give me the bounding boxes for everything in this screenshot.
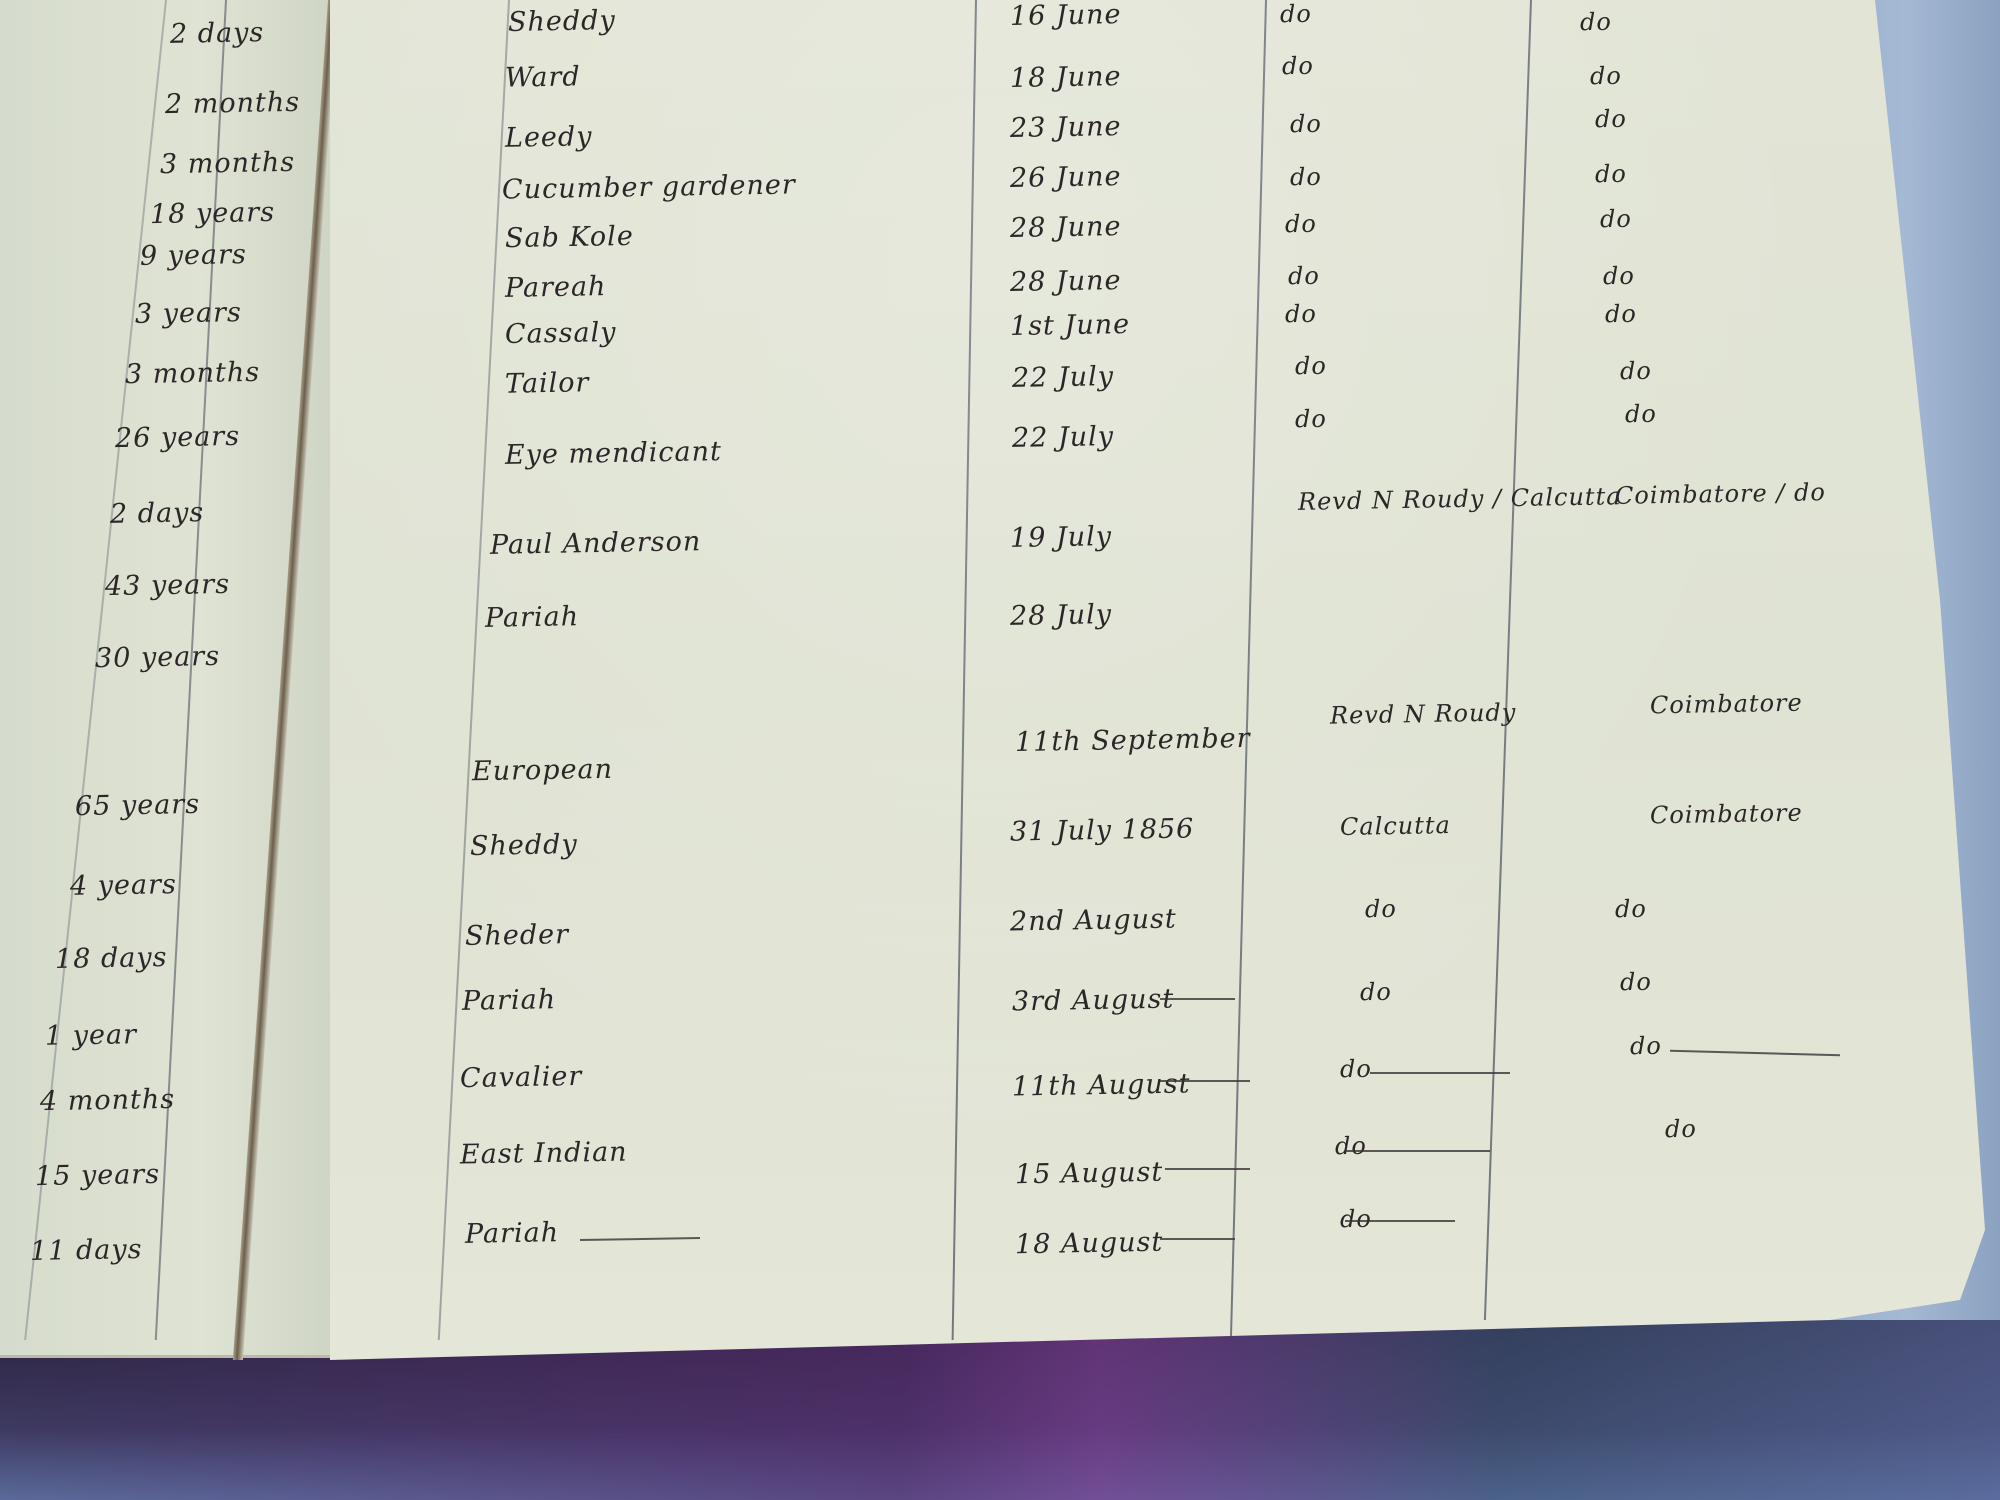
remarks-cell: do <box>1603 262 1635 291</box>
age-entry: 1 year <box>45 1019 138 1052</box>
age-entry: 30 years <box>95 641 221 674</box>
name-cell: Pariah <box>465 1217 560 1250</box>
name-cell: European <box>472 754 614 787</box>
name-cell: Pariah <box>485 601 580 634</box>
remarks-cell: do <box>1595 160 1627 189</box>
place-cell: do <box>1295 352 1327 381</box>
date-cell: 1st June <box>1010 309 1131 342</box>
date-cell: 11th August <box>1012 1068 1191 1102</box>
place-cell: do <box>1280 0 1312 28</box>
age-entry: 2 months <box>165 87 301 120</box>
place-cell: Revd N Roudy <box>1330 698 1517 729</box>
name-cell: Sab Kole <box>505 221 634 254</box>
place-cell: do <box>1340 1055 1372 1084</box>
remarks-cell: Coimbatore / do <box>1615 478 1826 510</box>
age-entry: 3 years <box>135 297 242 330</box>
date-cell: 26 June <box>1010 161 1122 194</box>
date-cell: 22 July <box>1012 361 1115 394</box>
age-entry: 4 years <box>70 869 177 902</box>
ditto-dash <box>1165 1168 1250 1170</box>
ditto-dash <box>1370 1072 1510 1074</box>
remarks-cell: do <box>1620 357 1652 386</box>
name-cell: Ward <box>505 61 581 93</box>
ditto-dash <box>1160 998 1235 1000</box>
place-column-rule <box>1230 0 1267 1340</box>
age-entry: 18 days <box>55 942 168 975</box>
ditto-dash <box>1345 1150 1490 1152</box>
remarks-cell: do <box>1580 8 1612 37</box>
remarks-column-rule <box>1484 0 1532 1320</box>
age-entry: 43 years <box>105 569 231 602</box>
name-cell: Sheddy <box>508 5 616 38</box>
age-entry: 3 months <box>125 357 261 390</box>
remarks-cell: do <box>1590 62 1622 91</box>
name-cell: Pareah <box>505 271 607 304</box>
name-cell: Cucumber gardener <box>502 169 796 205</box>
remarks-cell: do <box>1625 400 1657 429</box>
name-cell: Pariah <box>462 984 557 1017</box>
date-cell: 28 June <box>1010 211 1122 244</box>
age-entry: 18 years <box>150 197 276 230</box>
place-cell: do <box>1288 262 1320 291</box>
date-column-rule <box>952 0 977 1340</box>
date-cell: 18 June <box>1010 61 1122 94</box>
remarks-cell: do <box>1630 1032 1662 1061</box>
place-cell: do <box>1295 405 1327 434</box>
remarks-cell: do <box>1620 968 1652 997</box>
date-cell: 19 July <box>1010 521 1113 554</box>
place-cell: do <box>1335 1132 1367 1161</box>
name-cell: Leedy <box>505 121 593 154</box>
date-cell: 11th September <box>1015 723 1251 758</box>
name-cell: Paul Anderson <box>490 526 702 561</box>
date-cell: 16 June <box>1010 0 1122 32</box>
age-entry: 3 months <box>160 147 296 180</box>
place-cell: do <box>1360 978 1392 1007</box>
age-entry: 2 days <box>170 17 265 50</box>
name-cell: East Indian <box>460 1137 628 1171</box>
remarks-cell: do <box>1600 205 1632 234</box>
remarks-cell: do <box>1595 105 1627 134</box>
place-cell: do <box>1282 52 1314 81</box>
date-cell: 15 August <box>1015 1157 1164 1191</box>
age-entry: 26 years <box>115 421 241 454</box>
age-entry: 11 days <box>30 1234 143 1267</box>
date-cell: 2nd August <box>1010 904 1177 938</box>
age-entry: 2 days <box>110 497 205 530</box>
date-cell: 18 August <box>1015 1227 1164 1261</box>
date-cell: 28 June <box>1010 265 1122 298</box>
remarks-cell: do <box>1615 895 1647 924</box>
place-cell: do <box>1285 300 1317 329</box>
date-cell: 31 July 1856 <box>1010 813 1195 847</box>
name-cell: Sheddy <box>470 829 578 862</box>
remarks-cell: do <box>1665 1115 1697 1144</box>
place-cell: do <box>1285 210 1317 239</box>
age-entry: 9 years <box>140 239 247 272</box>
place-cell: Calcutta <box>1340 811 1451 841</box>
age-entry: 4 months <box>40 1084 176 1117</box>
place-cell: do <box>1290 110 1322 139</box>
name-cell: Tailor <box>505 367 590 399</box>
place-cell: Revd N Roudy / Calcutta <box>1298 482 1622 516</box>
ditto-dash <box>1160 1238 1235 1240</box>
ditto-dash <box>1345 1220 1455 1222</box>
date-cell: 28 July <box>1010 599 1113 632</box>
remarks-cell: Coimbatore <box>1650 689 1803 720</box>
name-cell: Sheder <box>465 919 570 952</box>
place-cell: do <box>1340 1205 1372 1234</box>
name-cell: Cavalier <box>460 1061 583 1094</box>
remarks-cell: Coimbatore <box>1650 799 1803 830</box>
age-entry: 65 years <box>75 789 201 822</box>
ditto-dash <box>1160 1080 1250 1082</box>
place-cell: do <box>1365 895 1397 924</box>
name-cell: Cassaly <box>505 317 617 350</box>
place-cell: do <box>1290 163 1322 192</box>
remarks-cell: do <box>1605 300 1637 329</box>
date-cell: 23 June <box>1010 111 1122 144</box>
age-entry: 15 years <box>35 1159 161 1192</box>
date-cell: 22 July <box>1012 421 1115 454</box>
name-cell: Eye mendicant <box>505 436 722 471</box>
date-cell: 3rd August <box>1012 984 1175 1018</box>
